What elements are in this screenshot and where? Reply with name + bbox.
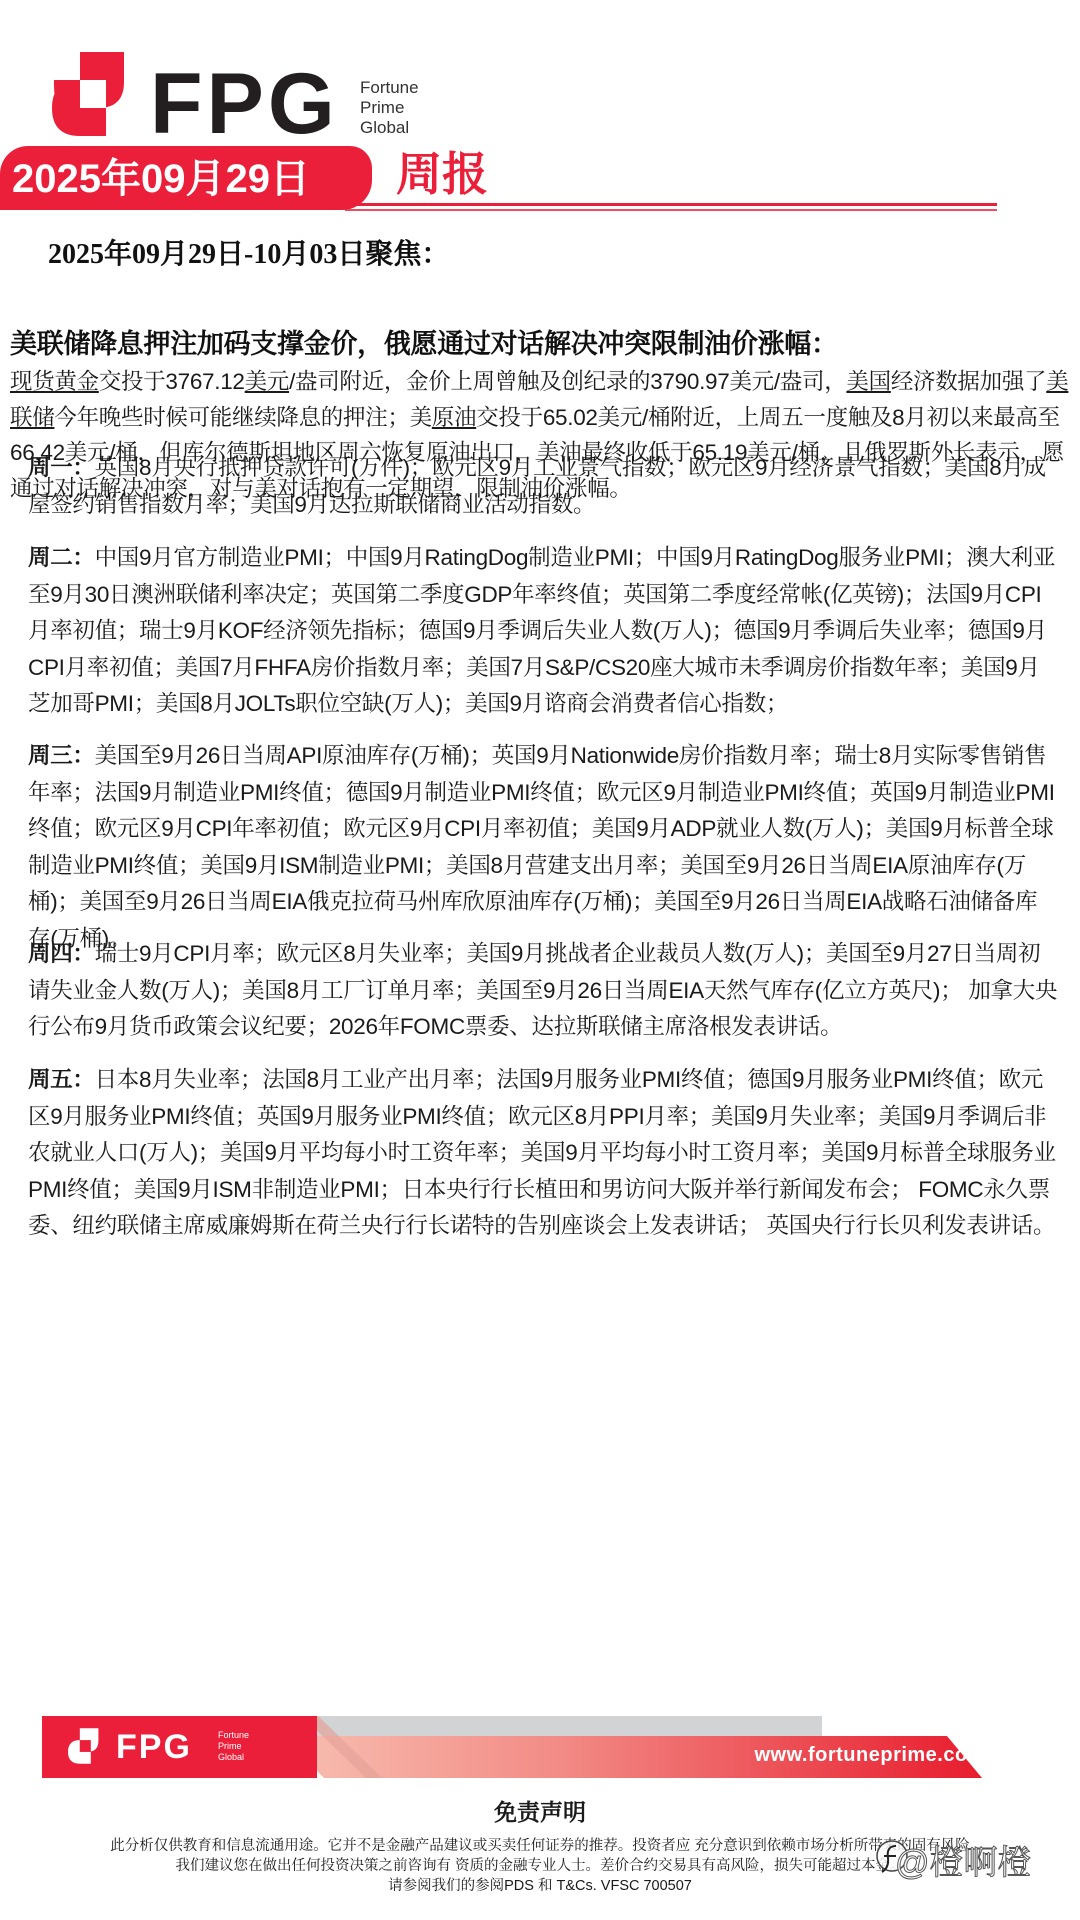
day-events: 瑞士9月CPI月率；欧元区8月失业率；美国9月挑战者企业裁员人数(万人)；美国至…	[28, 941, 1057, 1039]
summary-text: 交投于3767.12	[99, 369, 245, 394]
schedule-wednesday: 周三：美国至9月26日当周API原油库存(万桶)；英国9月Nationwide房…	[28, 738, 1058, 957]
day-label: 周三：	[28, 743, 95, 768]
report-type: 周报	[396, 148, 488, 200]
banner-brand-sub: Fortune Prime Global	[218, 1730, 249, 1763]
brand-subtitle: Fortune Prime Global	[360, 78, 419, 138]
day-events: 美国至9月26日当周API原油库存(万桶)；英国9月Nationwide房价指数…	[28, 743, 1055, 951]
website-link[interactable]: www.fortuneprime.com	[754, 1744, 986, 1767]
link-usd[interactable]: 美元	[245, 369, 289, 394]
brand-sub-line: Prime	[360, 98, 419, 118]
schedule-tuesday: 周二：中国9月官方制造业PMI；中国9月RatingDog制造业PMI；中国9月…	[28, 540, 1058, 723]
schedule-monday: 周一：英国8月央行抵押贷款许可(万件)；欧元区9月工业景气指数；欧元区9月经济景…	[28, 450, 1058, 523]
header-divider-thin	[345, 209, 997, 211]
headline: 美联储降息押注加码支撑金价，俄愿通过对话解决冲突限制油价涨幅：	[10, 322, 838, 361]
day-events: 中国9月官方制造业PMI；中国9月RatingDog制造业PMI；中国9月Rat…	[28, 545, 1055, 716]
footer-banner: FPG Fortune Prime Global www.fortuneprim…	[42, 1716, 1032, 1778]
link-us[interactable]: 美国	[846, 369, 890, 394]
day-label: 周二：	[28, 545, 95, 570]
day-label: 周五：	[28, 1067, 95, 1092]
day-events: 英国8月央行抵押贷款许可(万件)；欧元区9月工业景气指数；欧元区9月经济景气指数…	[28, 455, 1046, 517]
brand-sub-line: Fortune	[360, 78, 419, 98]
summary-text: 今年晚些时候可能继续降息的押注；美	[54, 405, 431, 430]
day-label: 周四：	[28, 941, 95, 966]
fpg-logo-icon	[68, 1726, 106, 1766]
summary-text: /盎司附近，金价上周曾触及创纪录的3790.97美元/盎司，	[289, 369, 846, 394]
header-divider	[345, 203, 997, 206]
fpg-logo-icon	[52, 52, 142, 136]
link-spot-gold[interactable]: 现货黄金	[10, 369, 99, 394]
disclaimer-title: 免责声明	[0, 1794, 1080, 1827]
banner-stripe-grey	[262, 1716, 822, 1736]
focus-title: 2025年09月29日-10月03日聚焦：	[48, 232, 449, 272]
banner-brand: FPG	[116, 1728, 192, 1766]
summary-text: 经济数据加强了	[891, 369, 1046, 394]
schedule-friday: 周五：日本8月失业率；法国8月工业产出月率；法国9月服务业PMI终值；德国9月服…	[28, 1062, 1058, 1245]
brand-name: FPG	[150, 64, 339, 144]
report-date: 2025年09月29日	[12, 156, 310, 202]
brand-sub-line: Prime	[218, 1741, 249, 1752]
schedule-thursday: 周四：瑞士9月CPI月率；欧元区8月失业率；美国9月挑战者企业裁员人数(万人)；…	[28, 936, 1058, 1046]
day-label: 周一：	[28, 455, 95, 480]
watermark: @橙啊橙	[895, 1835, 1032, 1884]
link-crude-oil[interactable]: 原油	[432, 405, 476, 430]
brand-sub-line: Global	[360, 118, 419, 138]
brand-sub-line: Global	[218, 1752, 249, 1763]
brand-sub-line: Fortune	[218, 1730, 249, 1741]
day-events: 日本8月失业率；法国8月工业产出月率；法国9月服务业PMI终值；德国9月服务业P…	[28, 1067, 1056, 1238]
